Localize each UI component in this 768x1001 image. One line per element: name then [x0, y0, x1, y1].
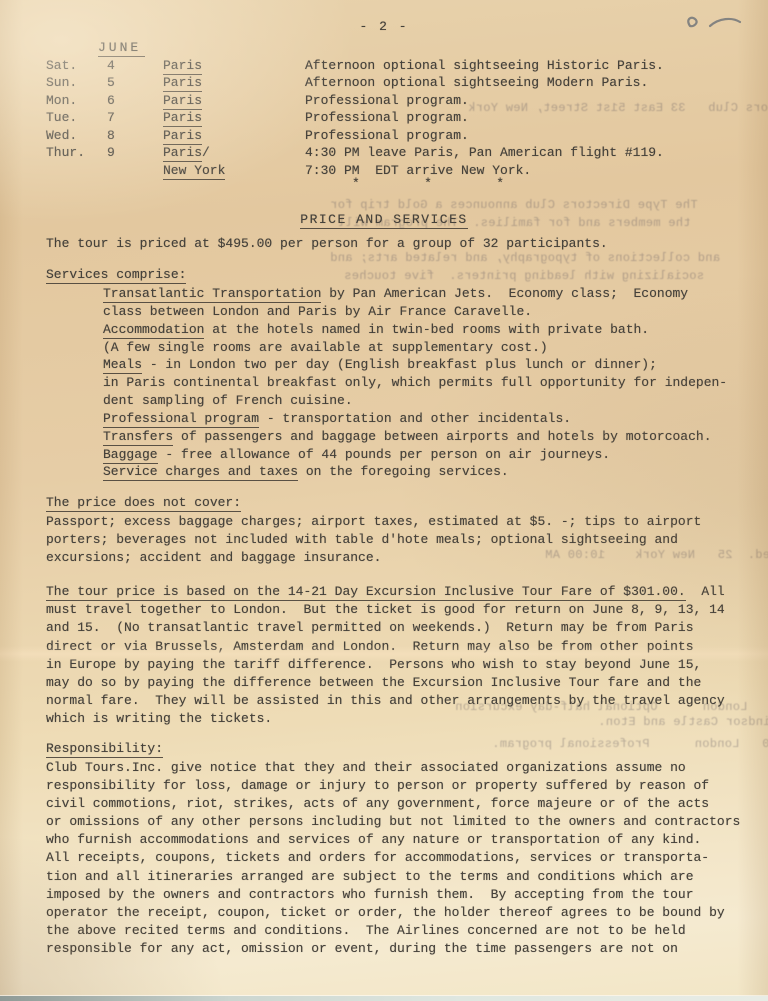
city-cell: Paris — [163, 127, 305, 145]
bleed-through-text: socializing with leading printers. five … — [344, 269, 704, 283]
service-item-line-text: class between London and Paris by Air Fr… — [103, 304, 532, 319]
tour-fare-line-text: normal fare. They will be assisted in th… — [46, 693, 725, 708]
service-item-line: Transfers of passengers and baggage betw… — [103, 428, 727, 446]
tour-fare-paragraph: The tour price is based on the 14-21 Day… — [46, 583, 725, 729]
responsibility-line: All receipts, coupons, tickets and order… — [46, 849, 740, 867]
asterisk: * — [424, 176, 432, 191]
service-item-line-underlined: Transatlantic Transportation — [103, 286, 321, 303]
tour-fare-line: which is writing the tickets. — [46, 710, 725, 728]
service-item-line: (A few single rooms are available at sup… — [103, 339, 727, 357]
tour-fare-line: normal fare. They will be assisted in th… — [46, 692, 725, 710]
service-item-line: Accommodation at the hotels named in twi… — [103, 321, 727, 339]
service-item-line-underlined: Service charges and taxes — [103, 464, 298, 481]
itinerary-header-spacer — [305, 39, 664, 57]
responsibility-heading-text: Responsibility: — [46, 741, 163, 758]
date-cell: 8 — [105, 127, 163, 145]
description-cell: Afternoon optional sightseeing Historic … — [305, 57, 664, 75]
tour-fare-line-underlined: The tour price is based on the 14-21 Day… — [46, 584, 686, 601]
bleed-through-text: and collections of typography, and relat… — [330, 251, 720, 265]
service-item-line-text: on the foregoing services. — [298, 464, 509, 479]
service-item-line: Transatlantic Transportation by Pan Amer… — [103, 285, 727, 303]
responsibility-heading: Responsibility: — [46, 741, 163, 756]
responsibility-paragraph: Club Tours.Inc. give notice that they an… — [46, 759, 740, 958]
price-does-not-cover-heading-text: The price does not cover: — [46, 495, 241, 512]
city-slash: / — [202, 145, 210, 160]
responsibility-line: responsibility for loss, damage or injur… — [46, 777, 740, 795]
city-text: Paris — [163, 128, 202, 145]
responsibility-line: civil commotions, riot, strikes, acts of… — [46, 795, 740, 813]
service-item-line: class between London and Paris by Air Fr… — [103, 303, 727, 321]
price-and-services-heading-text: PRICE AND SERVICES — [300, 212, 467, 229]
itinerary-header-spacer — [46, 39, 105, 57]
service-item-line-underlined: Baggage — [103, 447, 158, 464]
city-text: Paris — [163, 93, 202, 110]
city-text: Paris — [163, 75, 202, 92]
exclusion-line: porters; beverages not included with tab… — [46, 531, 701, 549]
service-item-line: in Paris continental breakfast only, whi… — [103, 374, 727, 392]
service-item-line-underlined: Accommodation — [103, 322, 204, 339]
city-text: Paris — [163, 110, 202, 127]
service-item-line-underlined: Meals — [103, 357, 142, 374]
tour-fare-line-text: must travel together to London. But the … — [46, 602, 725, 617]
service-item-line: Professional program - transportation an… — [103, 410, 727, 428]
day-cell: Sat. — [46, 57, 105, 75]
city-cell: Paris — [163, 92, 305, 110]
exclusion-line: Passport; excess baggage charges; airpor… — [46, 513, 701, 531]
month-header-text: JUNE — [98, 40, 145, 57]
asterisk: * — [352, 176, 360, 191]
responsibility-line: responsible for any act, omission or eve… — [46, 940, 740, 958]
tour-fare-line-text: in Europe by paying the tariff differenc… — [46, 657, 701, 672]
service-item-line-text: (A few single rooms are available at sup… — [103, 340, 548, 355]
service-item-line-underlined: Transfers — [103, 429, 173, 446]
date-cell: 9 — [105, 144, 163, 162]
service-item-line: Service charges and taxes on the foregoi… — [103, 463, 727, 481]
tour-fare-line: may do so by paying the difference betwe… — [46, 674, 725, 692]
service-item-line-text: of passengers and baggage between airpor… — [173, 429, 711, 444]
day-cell: Thur. — [46, 144, 105, 162]
itinerary-header-spacer — [163, 39, 305, 57]
price-does-not-cover-paragraph: Passport; excess baggage charges; airpor… — [46, 513, 701, 567]
price-and-services-heading: PRICE AND SERVICES — [0, 212, 768, 227]
city-cell: Paris — [163, 109, 305, 127]
city-cell: Paris — [163, 57, 305, 75]
city-cell: Paris/ — [163, 144, 305, 162]
tour-fare-line-text: may do so by paying the difference betwe… — [46, 675, 701, 690]
separator-asterisks: *** — [352, 176, 504, 191]
responsibility-line: imposed by the owners and contractors wh… — [46, 886, 740, 904]
service-item-line: Meals - in London two per day (English b… — [103, 356, 727, 374]
responsibility-line: operator the receipt, coupon, ticket or … — [46, 904, 740, 922]
itinerary-table: JUNESat.4ParisAfternoon optional sightse… — [46, 39, 664, 179]
service-item-line-text: at the hotels named in twin-bed rooms wi… — [204, 322, 649, 337]
responsibility-line: who furnish accommodations and services … — [46, 831, 740, 849]
asterisk: * — [496, 176, 504, 191]
date-cell: 6 — [105, 92, 163, 110]
responsibility-line: tion and all itineraries arranged are su… — [46, 868, 740, 886]
bleed-through-text: The Type Directors Club announces a Gold… — [330, 198, 698, 212]
day-cell: Sun. — [46, 74, 105, 92]
services-list: Transatlantic Transportation by Pan Amer… — [103, 285, 727, 481]
date-cell: 4 — [105, 57, 163, 75]
tour-fare-line: must travel together to London. But the … — [46, 601, 725, 619]
responsibility-line: Club Tours.Inc. give notice that they an… — [46, 759, 740, 777]
tour-fare-line-text: and 15. (No transatlantic travel permitt… — [46, 620, 694, 635]
service-item-line-text: - in London two per day (English breakfa… — [142, 357, 657, 372]
description-cell: Professional program. — [305, 109, 664, 127]
description-cell: 4:30 PM leave Paris, Pan American flight… — [305, 144, 664, 162]
responsibility-line: the above recited terms and conditions. … — [46, 922, 740, 940]
tour-price-intro-line: The tour is priced at $495.00 per person… — [46, 236, 608, 251]
service-item-line: Baggage - free allowance of 44 pounds pe… — [103, 446, 727, 464]
service-item-line-text: by Pan American Jets. Economy class; Eco… — [321, 286, 688, 301]
page-number: - 2 - — [0, 19, 768, 34]
scanned-document-page: Type Directors Club 33 East 51st Street,… — [0, 0, 768, 1001]
city-text: New York — [163, 163, 225, 180]
services-comprise-heading-text: Services comprise: — [46, 267, 186, 284]
scanner-edge-strip — [0, 996, 768, 1001]
service-item-line: dent sampling of French cuisine. — [103, 392, 727, 410]
description-cell: Professional program. — [305, 92, 664, 110]
services-comprise-heading: Services comprise: — [46, 267, 186, 282]
city-text: Paris — [163, 58, 202, 75]
date-cell: 5 — [105, 74, 163, 92]
day-cell: Tue. — [46, 109, 105, 127]
service-item-line-text: - transportation and other incidentals. — [259, 411, 571, 426]
tour-fare-line: and 15. (No transatlantic travel permitt… — [46, 619, 725, 637]
exclusion-line: excursions; accident and baggage insuran… — [46, 549, 701, 567]
day-cell: Mon. — [46, 92, 105, 110]
tour-fare-line: The tour price is based on the 14-21 Day… — [46, 583, 725, 601]
service-item-line-text: in Paris continental breakfast only, whi… — [103, 375, 727, 390]
description-cell: Afternoon optional sightseeing Modern Pa… — [305, 74, 664, 92]
month-header: JUNE — [98, 39, 163, 57]
tour-fare-line-text: which is writing the tickets. — [46, 711, 272, 726]
city-text: Paris — [163, 145, 202, 162]
service-item-line-text: dent sampling of French cuisine. — [103, 393, 353, 408]
responsibility-line: or omissions of any other persons includ… — [46, 813, 740, 831]
description-cell: Professional program. — [305, 127, 664, 145]
day-cell: Wed. — [46, 127, 105, 145]
tour-fare-line-text: direct or via Brussels, Amsterdam and Lo… — [46, 639, 694, 654]
service-item-line-text: - free allowance of 44 pounds per person… — [158, 447, 610, 462]
city-cell: Paris — [163, 74, 305, 92]
tour-fare-line: in Europe by paying the tariff differenc… — [46, 656, 725, 674]
city-cell: New York — [163, 162, 305, 180]
tour-fare-line-text: All — [686, 584, 725, 599]
service-item-line-underlined: Professional program — [103, 411, 259, 428]
handwritten-pencil-mark — [676, 6, 760, 40]
date-cell: 7 — [105, 109, 163, 127]
tour-fare-line: direct or via Brussels, Amsterdam and Lo… — [46, 638, 725, 656]
bleed-through-text: Mon. 30 London Professional program. — [492, 737, 768, 751]
day-cell — [46, 162, 105, 180]
price-does-not-cover-heading: The price does not cover: — [46, 495, 241, 510]
date-cell — [105, 162, 163, 180]
